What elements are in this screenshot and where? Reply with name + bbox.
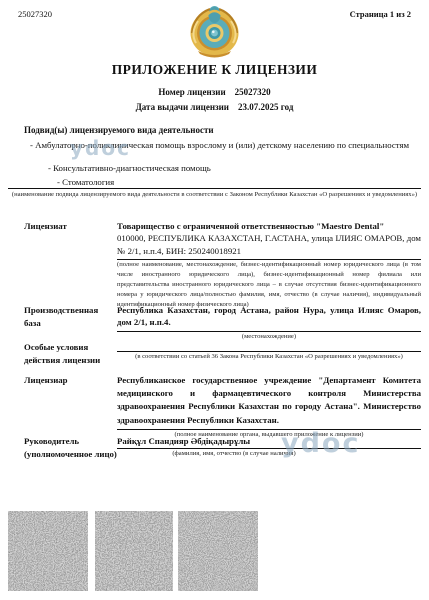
licensee-caption: (полное наименование, местонахождение, б…: [117, 259, 421, 309]
subtype-item: - Консультативно-диагностическая помощь: [48, 163, 211, 173]
production-base-value: Республика Казахстан, город Астана, райо…: [117, 304, 421, 329]
page-indicator: Страница 1 из 2: [350, 9, 411, 19]
kazakhstan-emblem-icon: [186, 3, 243, 58]
subtypes-caption: (наименование подвида лицензируемого вид…: [8, 190, 421, 200]
head-person-caption: (фамилия, имя, отчество (в случае наличи…: [117, 449, 421, 459]
qr-code-1: [8, 511, 88, 591]
head-person-name: Райқұл Спандияр Әбдіқадырұлы: [117, 435, 421, 449]
issue-date-label: Дата выдачи лицензии: [136, 102, 229, 112]
licensee-name: Товарищество с ограниченной ответственно…: [117, 220, 421, 232]
production-base-label: Производственная база: [24, 304, 117, 342]
special-conditions-caption: (в соответствии со статьей 36 Закона Рес…: [117, 351, 421, 362]
license-number-label: Номер лицензии: [158, 87, 225, 97]
document-number-top: 25027320: [18, 9, 52, 19]
qr-code-2: [95, 511, 173, 591]
licensee-address: 010000, РЕСПУБЛИКА КАЗАХСТАН, Г.АСТАНА, …: [117, 232, 421, 257]
licensor-value: Республиканское государственное учрежден…: [117, 374, 421, 427]
license-number-value: 25027320: [235, 87, 271, 97]
head-person-label: Руководитель (уполномоченное лицо): [24, 435, 117, 461]
qr-codes-strip: [0, 508, 429, 600]
subtypes-divider: [8, 188, 421, 189]
qr-code-3: [178, 511, 258, 591]
licensee-label: Лицензиат: [24, 220, 117, 310]
page-title: ПРИЛОЖЕНИЕ К ЛИЦЕНЗИИ: [0, 62, 429, 78]
special-conditions-label: Особые условия действия лицензии: [24, 341, 117, 367]
issue-date-value: 23.07.2025 год: [238, 102, 293, 112]
subtype-item: - Стоматология: [57, 177, 114, 187]
licensor-label: Лицензиар: [24, 374, 117, 440]
subtypes-heading: Подвид(ы) лицензируемого вида деятельнос…: [24, 125, 214, 135]
subtype-item: - Амбулаторно-поликлиническая помощь взр…: [30, 140, 422, 150]
